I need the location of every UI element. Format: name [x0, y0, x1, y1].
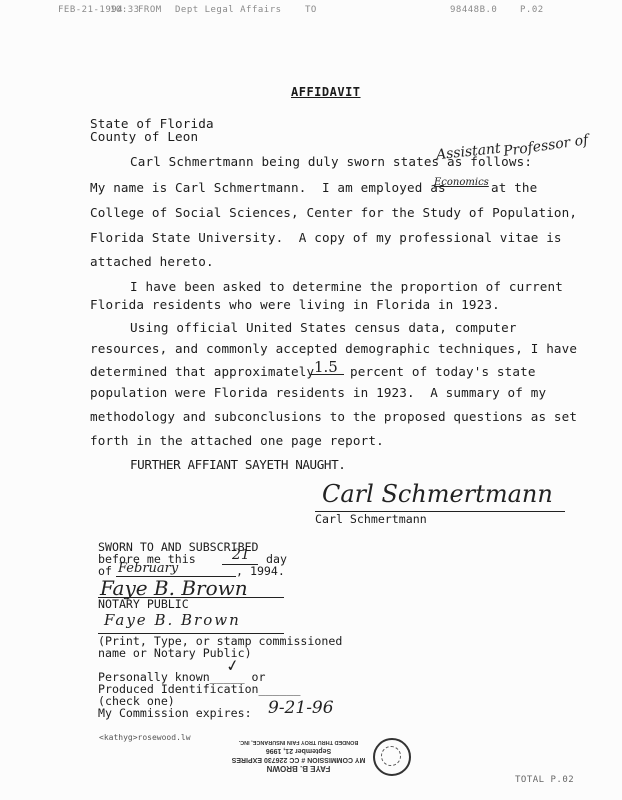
body-line: attached hereto. — [90, 254, 214, 269]
fax-page: P.02 — [520, 5, 544, 15]
total-pages: TOTAL P.02 — [515, 775, 574, 785]
notary-printed-name: Faye B. Brown — [104, 611, 241, 629]
notary-public-label: NOTARY PUBLIC — [98, 598, 189, 610]
fax-to-number: 98448B.0 — [450, 5, 497, 15]
fax-to-label: TO — [305, 5, 317, 15]
handwritten-month: February — [118, 561, 178, 576]
body-line: FURTHER AFFIANT SAYETH NAUGHT. — [130, 457, 345, 472]
stamp-commission: MY COMMISSION # CC 226730 EXPIRES — [226, 755, 371, 764]
county-line: County of Leon — [90, 129, 198, 144]
stamp-expires: September 21, 1996 — [226, 746, 371, 755]
body-line: Florida residents who were living in Flo… — [90, 297, 500, 312]
body-line: forth in the attached one page report. — [90, 433, 384, 448]
notary-stamp: FAYE B. BROWN MY COMMISSION # CC 226730 … — [226, 737, 371, 773]
body-line: at the — [491, 180, 537, 195]
body-line: determined that approximately — [90, 364, 314, 379]
body-line: My name is Carl Schmertmann. I am employ… — [90, 180, 446, 195]
notary-seal-icon — [373, 738, 411, 776]
stamp-name: FAYE B. BROWN — [226, 764, 371, 773]
commission-expires: 9-21-96 — [268, 698, 334, 718]
affiant-printed-name: Carl Schmertmann — [315, 513, 427, 525]
handwritten-title-2: Professor of — [502, 132, 589, 160]
fax-time: 10:33 — [110, 5, 140, 15]
body-line: College of Social Sciences, Center for t… — [90, 205, 577, 220]
handwritten-field: Economics — [434, 177, 489, 188]
document-title: AFFIDAVIT — [291, 85, 361, 99]
handwritten-day: 21 — [232, 547, 250, 563]
affiant-signature: Carl Schmertmann — [322, 480, 553, 508]
body-line: methodology and subconclusions to the pr… — [90, 409, 577, 424]
body-line: I have been asked to determine the propo… — [130, 279, 563, 294]
percent-underline — [310, 374, 344, 375]
body-line: population were Florida residents in 192… — [90, 385, 546, 400]
body-line: Using official United States census data… — [130, 320, 517, 335]
body-line: Florida State University. A copy of my p… — [90, 230, 562, 245]
commission-label: My Commission expires: — [98, 707, 252, 719]
file-reference: <kathyg>rosewood.lw — [99, 733, 191, 742]
stamp-bonded: BONDED THRU TROY FAIN INSURANCE, INC. — [226, 737, 371, 746]
fax-from-label: FROM — [138, 5, 162, 15]
fax-from: Dept Legal Affairs — [175, 5, 282, 15]
body-line: percent of today's state — [350, 364, 536, 379]
body-line: resources, and commonly accepted demogra… — [90, 341, 577, 356]
